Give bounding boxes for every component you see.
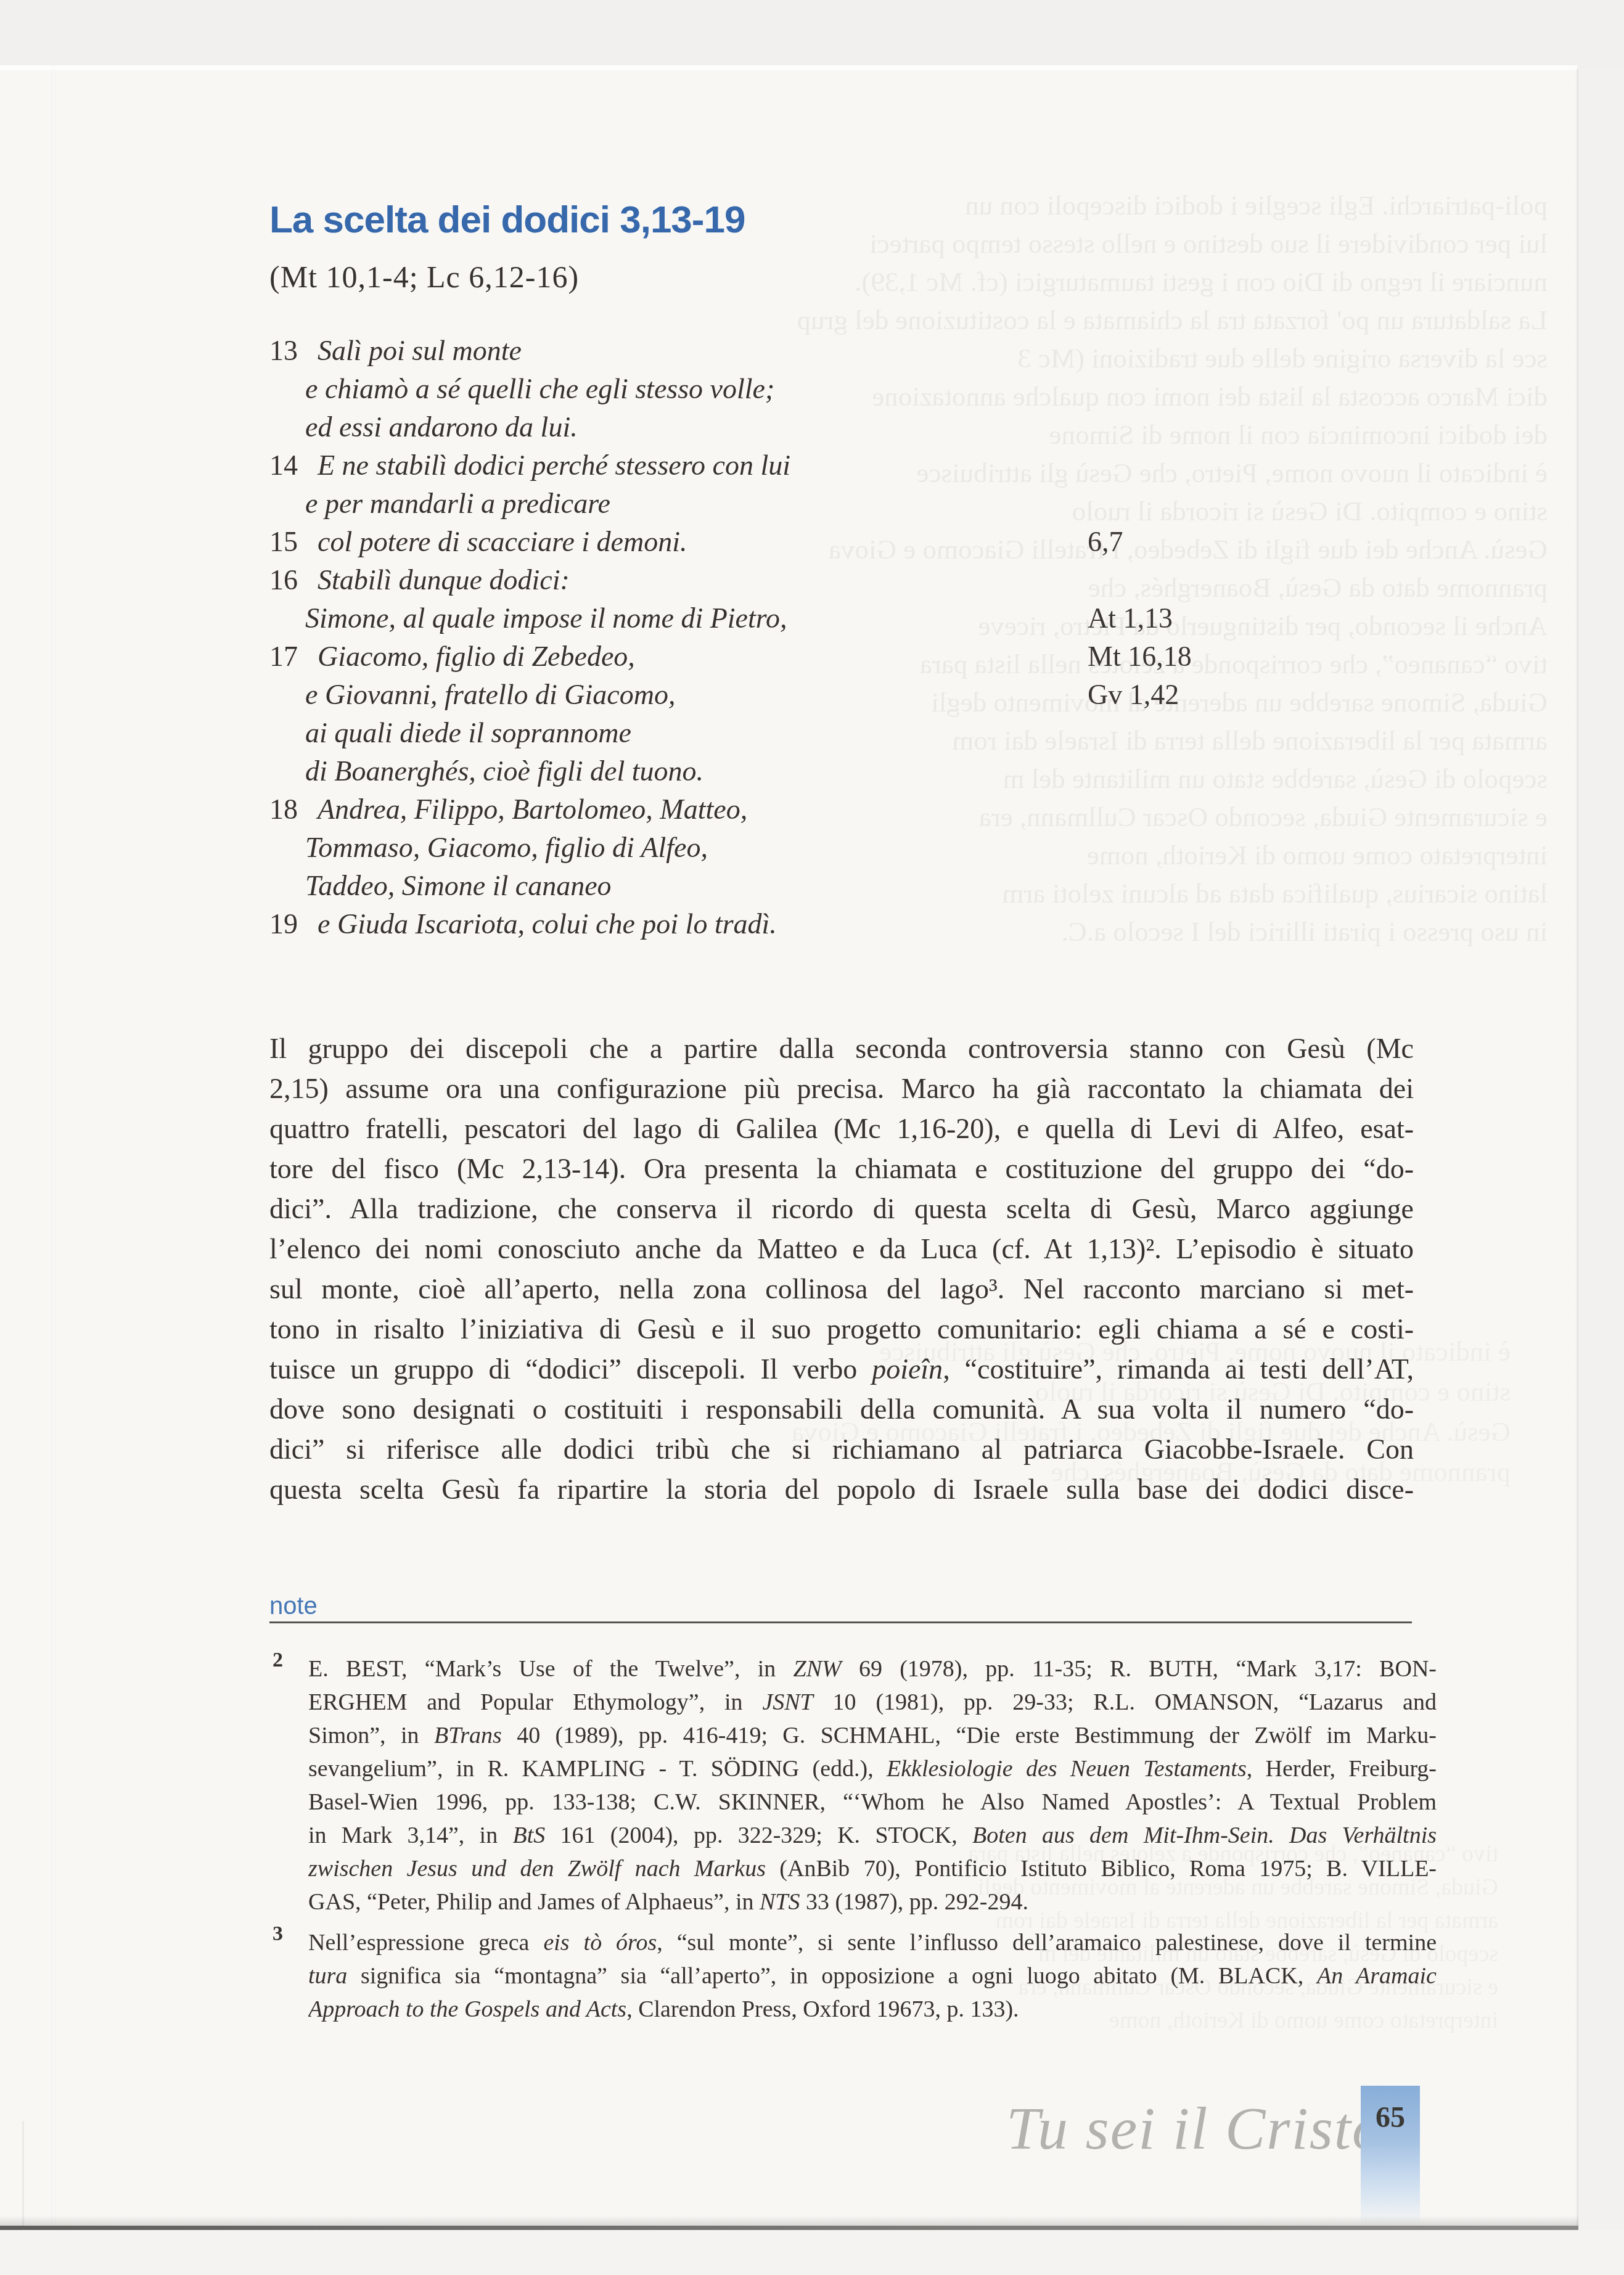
verse-text: e Giovanni, fratello di Giacomo,: [305, 679, 675, 710]
text-segment: tuisce un gruppo di “dodici” discepoli. …: [269, 1353, 872, 1385]
verse-text: ai quali diede il soprannome: [305, 717, 631, 748]
text-segment: , Herder, Freiburg-: [1247, 1756, 1437, 1782]
text-segment: An Aramaic: [1317, 1963, 1437, 1989]
verse-number: 18: [269, 790, 318, 829]
text-segment: tono in risalto l’iniziativa di Gesù e i…: [269, 1313, 1414, 1345]
verse-line: Tommaso, Giacomo, figlio di Alfeo,: [269, 829, 1071, 867]
text-segment: dici” si riferisce alle dodici tribù che…: [269, 1433, 1414, 1465]
verse-text: e chiamò a sé quelli che egli stesso vol…: [305, 373, 774, 404]
verse-line: Taddeo, Simone il cananeo: [269, 867, 1071, 905]
commentary-paragraph: Il gruppo dei discepoli che a partire da…: [269, 1028, 1414, 1509]
verse-number: 17: [269, 637, 318, 676]
text-segment: Ekklesiologie des Neuen Testaments: [887, 1756, 1247, 1782]
verse-number: 14: [269, 446, 318, 485]
paper-crease: [52, 69, 55, 2230]
verse-line: 16Stabilì dunque dodici:: [269, 561, 1071, 599]
scan-bottom-margin: [0, 2230, 1624, 2275]
footnote-line: ERGHEM and Popular Ethymology”, in JSNT …: [308, 1686, 1437, 1719]
commentary-line: 2,15) assume ora una configurazione più …: [269, 1068, 1414, 1109]
notes-divider-rule: [269, 1621, 1412, 1623]
verse-number: 19: [269, 905, 318, 943]
text-segment: , “sul monte”, si sente l’influsso dell’…: [657, 1930, 1437, 1956]
verse-line: Simone, al quale impose il nome di Pietr…: [269, 599, 1071, 637]
text-segment: l’elenco dei nomi conosciuto anche da Ma…: [269, 1233, 1414, 1265]
verse-text: di Boanerghés, cioè figli del tuono.: [305, 755, 703, 787]
verse-line: ai quali diede il soprannome: [269, 714, 1071, 752]
text-segment: quattro fratelli, pescatori del lago di …: [269, 1113, 1414, 1144]
verse-line: e per mandarli a predicare: [269, 485, 1071, 523]
footnote-line: Approach to the Gospels and Acts, Claren…: [308, 1993, 1437, 2026]
verse-line: 19e Giuda Iscariota, colui che poi lo tr…: [269, 905, 1071, 943]
page-right-edge-shadow: [1575, 69, 1578, 2230]
margin-reference: 6,7: [1088, 523, 1123, 561]
commentary-line: sul monte, cioè all’aperto, nella zona c…: [269, 1269, 1414, 1309]
text-segment: BtS: [512, 1822, 545, 1848]
commentary-line: dici” si riferisce alle dodici tribù che…: [269, 1429, 1414, 1469]
text-segment: eis tò óros: [543, 1930, 657, 1956]
text-segment: poieîn: [872, 1353, 943, 1385]
text-segment: Nell’espressione greca: [308, 1930, 543, 1956]
verse-line: e Giovanni, fratello di Giacomo,: [269, 676, 1071, 714]
footnote-line: E. BEST, “Mark’s Use of the Twelve”, in …: [308, 1652, 1437, 1686]
text-segment: 10 (1981), pp. 29-33; R.L. OMANSON, “Laz…: [813, 1689, 1437, 1715]
text-segment: E. BEST, “Mark’s Use of the Twelve”, in: [308, 1656, 794, 1682]
verse-text: Stabilì dunque dodici:: [318, 564, 570, 596]
text-segment: dici”. Alla tradizione, che conserva il …: [269, 1193, 1414, 1224]
text-segment: significa sia “montagna” sia “all’aperto…: [347, 1963, 1317, 1989]
footnote-marker: 2: [273, 1649, 283, 1672]
text-segment: Il gruppo dei discepoli che a partire da…: [269, 1033, 1414, 1064]
text-segment: zwischen Jesus und den Zwölf nach Markus: [308, 1856, 766, 1882]
verse-line: 18Andrea, Filippo, Bartolomeo, Matteo,: [269, 790, 1071, 829]
verse-text: e Giuda Iscariota, colui che poi lo trad…: [318, 908, 777, 940]
text-segment: Simon”, in: [308, 1723, 434, 1748]
margin-reference: Gv 1,42: [1088, 676, 1179, 714]
text-segment: NTS: [760, 1889, 800, 1915]
footnote-line: Nell’espressione greca eis tò óros, “sul…: [308, 1926, 1437, 1959]
text-segment: tore del fisco (Mc 2,13-14). Ora present…: [269, 1153, 1414, 1184]
page-top-edge: [0, 65, 1577, 70]
text-segment: ZNW: [794, 1656, 842, 1682]
scanned-page-canvas: { "document": { "heading": "La scelta de…: [0, 0, 1624, 2275]
commentary-line: l’elenco dei nomi conosciuto anche da Ma…: [269, 1229, 1414, 1269]
verse-text: Giacomo, figlio di Zebedeo,: [318, 641, 635, 672]
verse-line: ed essi andarono da lui.: [269, 408, 1071, 446]
text-segment: 33 (1987), pp. 292-294.: [800, 1889, 1028, 1915]
commentary-line: tuisce un gruppo di “dodici” discepoli. …: [269, 1349, 1414, 1389]
verse-text: Tommaso, Giacomo, figlio di Alfeo,: [305, 832, 708, 863]
verse-line: e chiamò a sé quelli che egli stesso vol…: [269, 370, 1071, 408]
text-segment: Approach to the Gospels and Acts: [308, 1996, 626, 2022]
text-segment: BTrans: [434, 1723, 502, 1748]
verse-text: Andrea, Filippo, Bartolomeo, Matteo,: [318, 793, 747, 825]
commentary-line: Il gruppo dei discepoli che a partire da…: [269, 1028, 1414, 1068]
text-segment: , Clarendon Press, Oxford 19673, p. 133)…: [626, 1996, 1019, 2022]
text-segment: ERGHEM and Popular Ethymology”, in: [308, 1689, 762, 1715]
verse-line: 17Giacomo, figlio di Zebedeo,: [269, 637, 1071, 676]
footnote: 2E. BEST, “Mark’s Use of the Twelve”, in…: [308, 1652, 1437, 1919]
parallel-passages-subtitle: (Mt 10,1-4; Lc 6,12-16): [269, 259, 579, 295]
text-segment: sul monte, cioè all’aperto, nella zona c…: [269, 1273, 1414, 1305]
commentary-line: dici”. Alla tradizione, che conserva il …: [269, 1189, 1414, 1229]
commentary-line: tore del fisco (Mc 2,13-14). Ora present…: [269, 1149, 1414, 1189]
verse-number: 15: [269, 523, 318, 561]
footnote-line: Simon”, in BTrans 40 (1989), pp. 416-419…: [308, 1719, 1437, 1752]
verse-line: di Boanerghés, cioè figli del tuono.: [269, 752, 1071, 790]
text-segment: Basel-Wien 1996, pp. 133-138; C.W. SKINN…: [308, 1789, 1437, 1815]
verse-line: 14E ne stabilì dodici perché stessero co…: [269, 446, 1071, 485]
text-segment: questa scelta Gesù fa ripartire la stori…: [269, 1474, 1414, 1505]
verse-text: Salì poi sul monte: [318, 335, 522, 366]
footnote-line: in Mark 3,14”, in BtS 161 (2004), pp. 32…: [308, 1819, 1437, 1852]
text-segment: Boten aus dem Mit-Ihm-Sein. Das Verhältn…: [972, 1822, 1437, 1848]
commentary-line: tono in risalto l’iniziativa di Gesù e i…: [269, 1309, 1414, 1349]
text-segment: 2,15) assume ora una configurazione più …: [269, 1073, 1414, 1104]
verse-text: col potere di scacciare i demoni.: [318, 526, 687, 557]
footnote: 3Nell’espressione greca eis tò óros, “su…: [308, 1926, 1437, 2026]
running-footer-title: Tu sei il Cristo!: [1006, 2095, 1405, 2163]
verse-line: 13Salì poi sul monte: [269, 332, 1071, 370]
page-bottom-edge: [0, 2226, 1578, 2230]
verse-line: 15col potere di scacciare i demoni.: [269, 523, 1071, 561]
text-segment: (AnBib 70), Pontificio Istituto Biblico,…: [766, 1856, 1437, 1882]
text-segment: , “costituire”, rimanda ai testi dell’AT…: [943, 1353, 1414, 1385]
text-segment: tura: [308, 1963, 347, 1989]
text-segment: in Mark 3,14”, in: [308, 1822, 512, 1848]
verse-text: e per mandarli a predicare: [305, 488, 610, 519]
verse-text: Simone, al quale impose il nome di Pietr…: [305, 602, 787, 634]
page-number-bar: 65: [1361, 2086, 1420, 2226]
margin-reference: At 1,13: [1088, 599, 1173, 637]
text-segment: dove sono designati o costituiti i respo…: [269, 1393, 1414, 1425]
text-segment: sevangelium”, in R. KAMPLING - T. SÖDING…: [308, 1756, 887, 1782]
paper-crease-small: [22, 2121, 24, 2230]
footnote-line: sevangelium”, in R. KAMPLING - T. SÖDING…: [308, 1752, 1437, 1785]
text-segment: 161 (2004), pp. 322-329; K. STOCK,: [545, 1822, 972, 1848]
footnotes-block: 2E. BEST, “Mark’s Use of the Twelve”, in…: [308, 1652, 1437, 2033]
text-segment: 40 (1989), pp. 416-419; G. SCHMAHL, “Die…: [502, 1723, 1437, 1748]
page-number: 65: [1376, 2101, 1405, 2134]
verse-number: 16: [269, 561, 318, 599]
verse-text: Taddeo, Simone il cananeo: [305, 870, 612, 901]
section-heading: La scelta dei dodici 3,13-19: [269, 199, 745, 242]
footnote-line: Basel-Wien 1996, pp. 133-138; C.W. SKINN…: [308, 1785, 1437, 1819]
scan-right-margin: [1578, 69, 1624, 2230]
text-segment: GAS, “Peter, Philip and James of Alphaeu…: [308, 1889, 760, 1915]
footnote-line: tura significa sia “montagna” sia “all’a…: [308, 1959, 1437, 1993]
footnote-marker: 3: [273, 1922, 283, 1946]
verse-text: E ne stabilì dodici perché stessero con …: [318, 449, 790, 481]
footnote-line: GAS, “Peter, Philip and James of Alphaeu…: [308, 1885, 1437, 1919]
verse-text: ed essi andarono da lui.: [305, 411, 578, 443]
commentary-line: dove sono designati o costituiti i respo…: [269, 1389, 1414, 1429]
notes-section-label: note: [269, 1592, 318, 1620]
text-segment: JSNT: [762, 1689, 813, 1715]
commentary-line: quattro fratelli, pescatori del lago di …: [269, 1109, 1414, 1149]
commentary-line: questa scelta Gesù fa ripartire la stori…: [269, 1469, 1414, 1509]
verse-block: 13Salì poi sul montee chiamò a sé quelli…: [269, 332, 1071, 943]
margin-reference: Mt 16,18: [1088, 637, 1192, 676]
text-segment: 69 (1978), pp. 11-35; R. BUTH, “Mark 3,1…: [842, 1656, 1437, 1682]
verse-number: 13: [269, 332, 318, 370]
footnote-line: zwischen Jesus und den Zwölf nach Markus…: [308, 1852, 1437, 1885]
